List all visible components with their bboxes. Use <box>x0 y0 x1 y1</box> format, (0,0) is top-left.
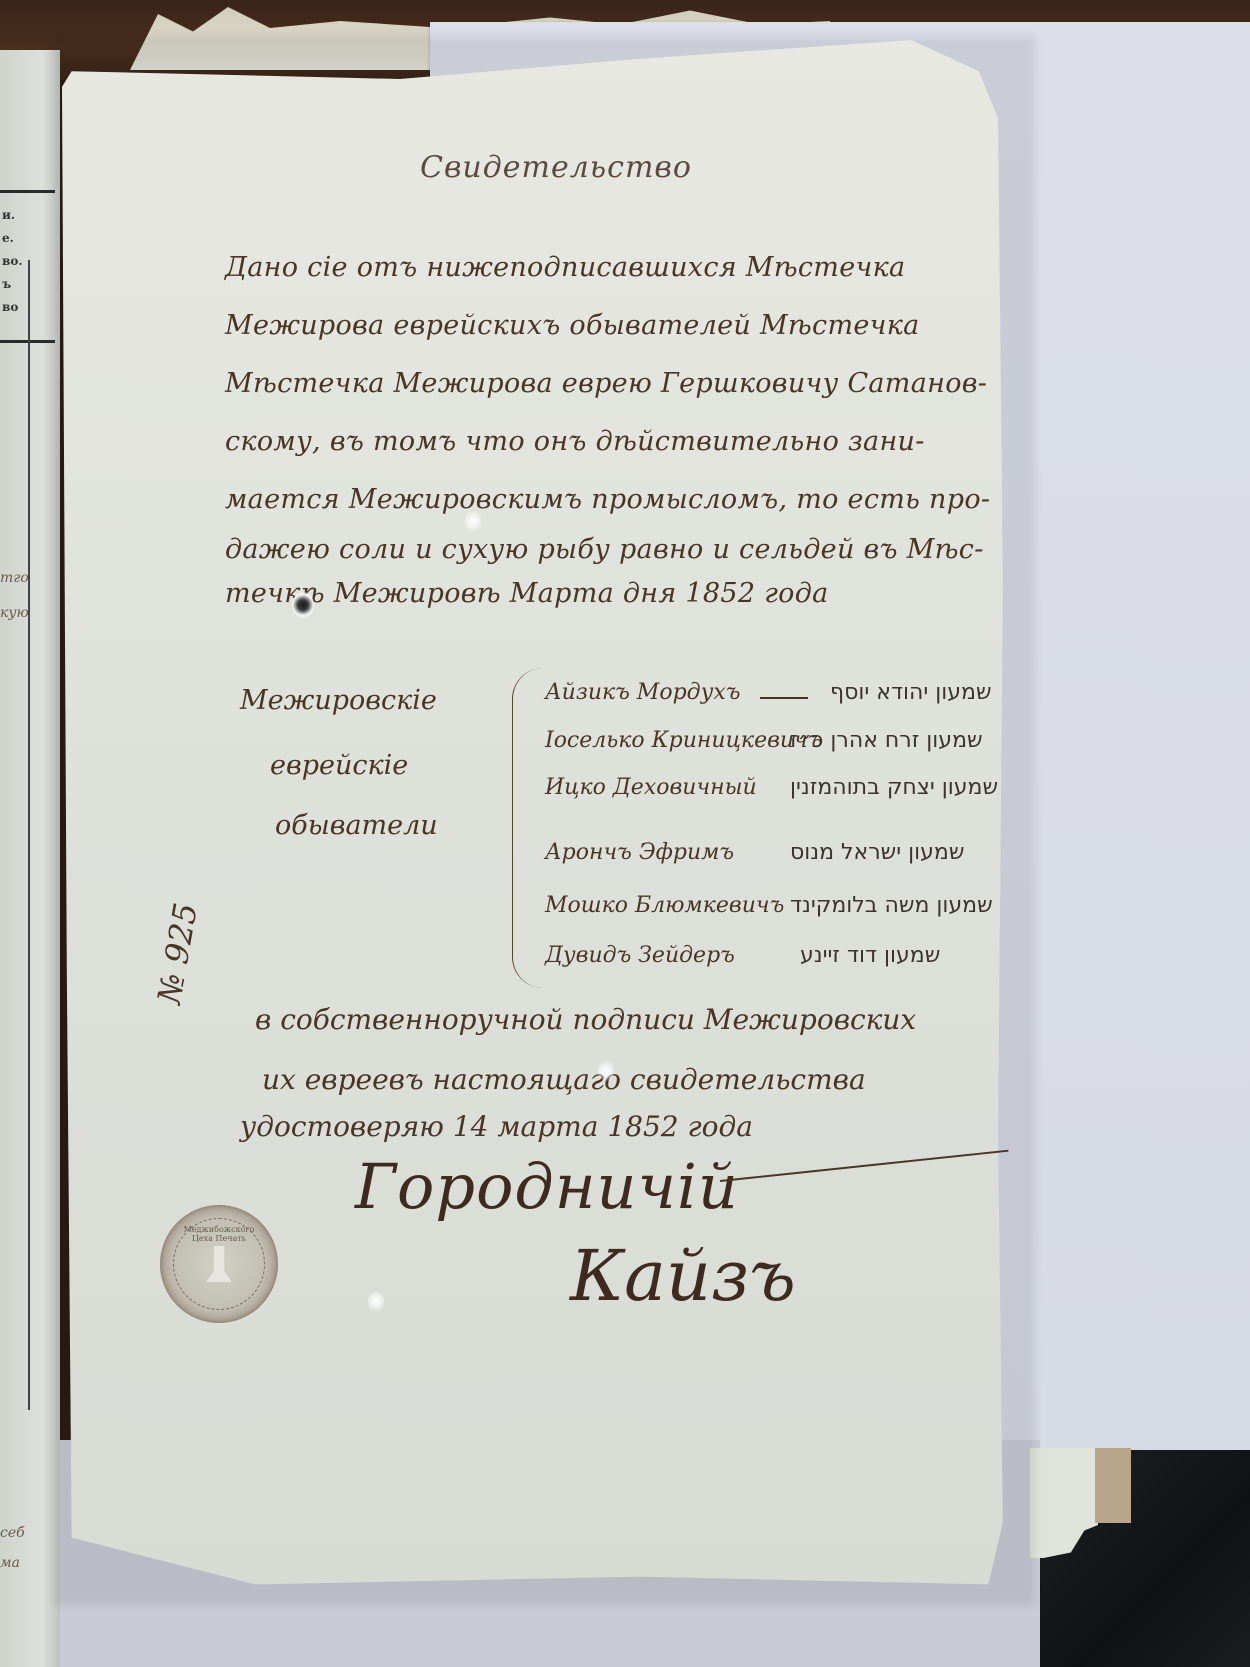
embossed-seal: Меджибожского Цеха Печать <box>160 1205 278 1323</box>
signatories-label: еврейскіе <box>270 750 408 781</box>
signatory-name: Іоселько Криницкевичъ <box>545 728 822 753</box>
body-line: дажею соли и сухую рыбу равно и сельдей … <box>225 534 984 565</box>
official-name-signature: Кайзъ <box>570 1235 796 1317</box>
handwritten-fragment: кую <box>0 605 29 621</box>
body-line: течкѣ Межировѣ Марта дня 1852 года <box>225 578 829 609</box>
hebrew-signature: שמעון ישראל מנוס <box>790 840 964 865</box>
paper-hole <box>292 592 314 618</box>
signatory-name: Айзикъ Мордухъ <box>545 680 740 705</box>
signatories-label: обыватели <box>275 810 438 841</box>
document-title: Свидетельство <box>420 150 692 185</box>
hebrew-signature: שמעון דוד זיינע <box>800 943 940 968</box>
cardboard-tab <box>1095 1448 1131 1523</box>
body-line: Дано сіе отъ нижеподписавшихся Мѣстечка <box>225 252 905 283</box>
printed-text: и. <box>2 205 15 225</box>
underlying-left-page: и. е. во. ъ во тго кую себ ма <box>0 50 60 1667</box>
body-line: Мѣстечка Межирова еврею Гершковичу Сатан… <box>225 368 987 399</box>
body-line: скому, въ томъ что онъ дѣйствительно зан… <box>225 426 925 457</box>
hebrew-signature: שמעון יהודא יוסף <box>830 680 992 705</box>
certification-line: их евреевъ настоящаго свидетельства <box>262 1063 866 1096</box>
printed-vertical-rule <box>28 260 30 1410</box>
seal-ring: Меджибожского Цеха Печать <box>173 1218 265 1310</box>
seal-emblem-icon <box>206 1246 232 1282</box>
paper-crease <box>368 1290 384 1312</box>
handwritten-fragment: тго <box>0 570 29 586</box>
printed-text: ъ <box>2 274 11 294</box>
certification-line: удостоверяю 14 марта 1852 года <box>240 1110 753 1143</box>
paper-crease <box>598 1060 614 1082</box>
printed-text: е. <box>2 228 14 248</box>
hebrew-signature: שמעון זרח אהרן כ״ז <box>790 728 983 753</box>
hebrew-signature: שמעון יצחק בתוהמזנין <box>790 775 998 800</box>
body-line: Межирова еврейскихъ обывателей Мѣстечка <box>225 310 920 341</box>
dash <box>760 697 808 699</box>
signatories-label: Межировскіе <box>240 685 437 716</box>
body-line: мается Межировскимъ промысломъ, то есть … <box>225 484 990 515</box>
handwritten-fragment: ма <box>0 1555 20 1571</box>
signatory-name: Ицко Деховичный <box>545 775 757 800</box>
signatories-brace <box>512 668 543 988</box>
signatory-name: Арончъ Эфримъ <box>545 840 734 865</box>
seal-text: Меджибожского Цеха Печать <box>174 1225 264 1243</box>
hebrew-signature: שמעון משה בלומקינד <box>790 893 993 918</box>
handwritten-fragment: себ <box>0 1525 25 1541</box>
certification-line: в собственноручной подписи Межировских <box>255 1003 916 1036</box>
printed-text: во <box>2 297 18 317</box>
printed-rule <box>0 190 55 193</box>
official-title-signature: Городничiй <box>355 1150 739 1223</box>
signatory-name: Дувидъ Зейдеръ <box>545 943 735 968</box>
printed-text: во. <box>2 251 23 271</box>
paper-crease <box>465 510 481 532</box>
signatory-name: Мошко Блюмкевичъ <box>545 893 784 918</box>
